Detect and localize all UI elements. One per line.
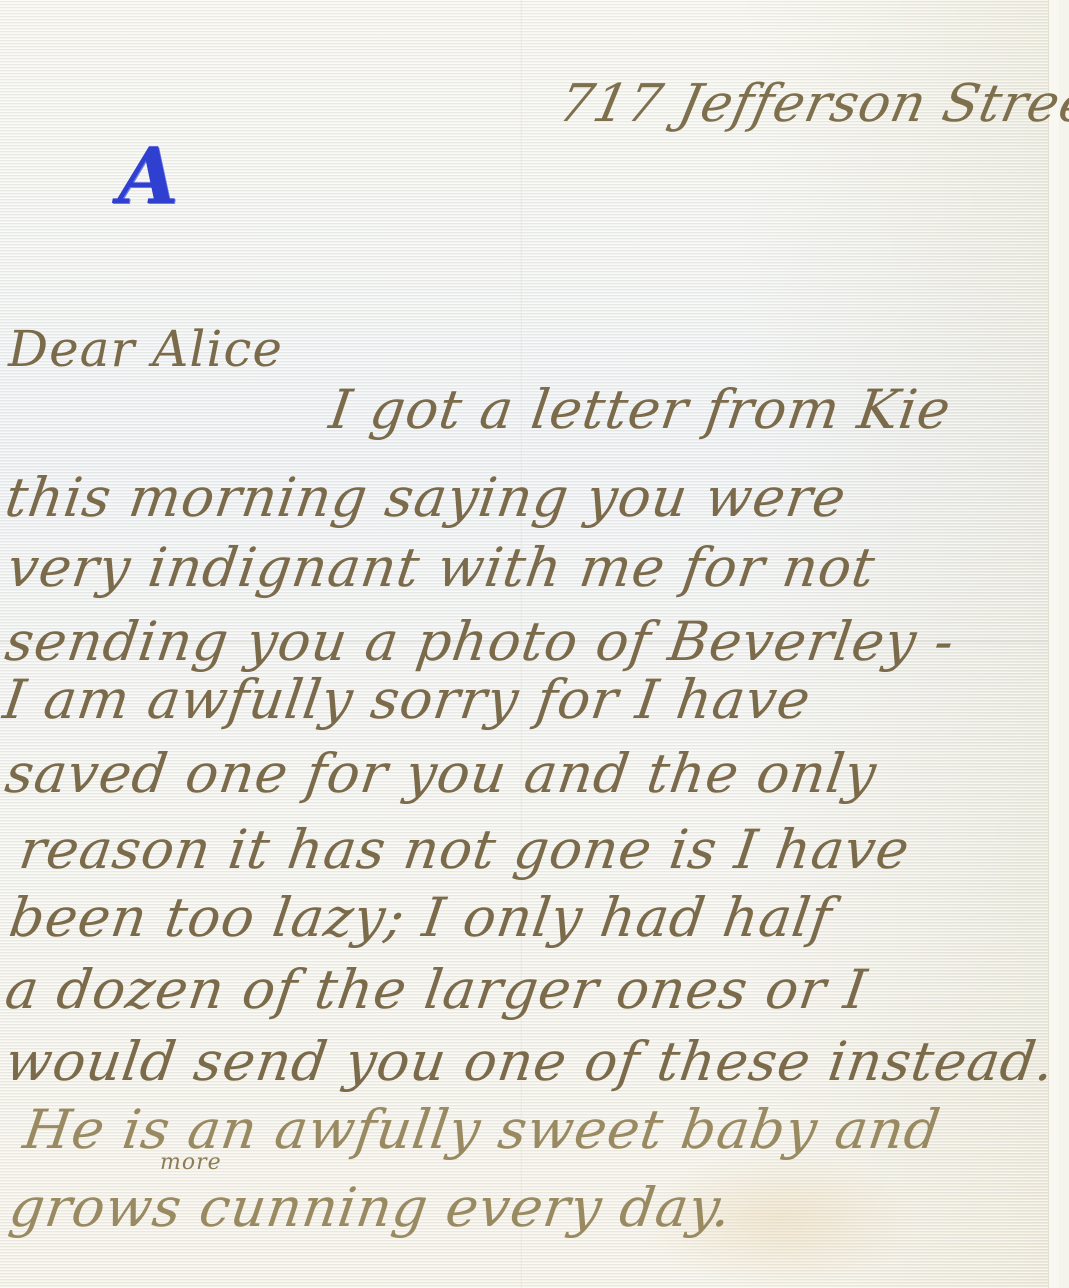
monogram-a-icon: A bbox=[118, 138, 179, 216]
letter-line: very indignant with me for not bbox=[4, 536, 880, 599]
letter-line: I got a letter from Kie bbox=[326, 378, 955, 441]
letter-line: been too lazy; I only had half bbox=[6, 886, 837, 949]
letter-address: 717 Jefferson Street bbox=[554, 74, 1069, 134]
letter-line: this morning saying you were bbox=[2, 466, 851, 529]
paper-edge bbox=[1048, 0, 1059, 1288]
letter-line: sending you a photo of Beverley - bbox=[2, 610, 959, 673]
letter-salutation: Dear Alice bbox=[8, 320, 283, 378]
letter-line: a dozen of the larger ones or I bbox=[2, 958, 872, 1021]
letter-line: reason it has not gone is I have bbox=[16, 818, 914, 881]
letter-line: He is an awfully sweet baby and bbox=[20, 1098, 945, 1161]
letter-insertion: more bbox=[160, 1150, 222, 1175]
letter-line: would send you one of these instead. bbox=[2, 1030, 1059, 1093]
letter-line: grows cunning every day. bbox=[6, 1176, 736, 1239]
letter-line: saved one for you and the only bbox=[2, 742, 881, 805]
letter-line: I am awfully sorry for I have bbox=[0, 668, 815, 731]
letter-page: 717 Jefferson Street A Dear Alice I got … bbox=[0, 0, 1059, 1288]
